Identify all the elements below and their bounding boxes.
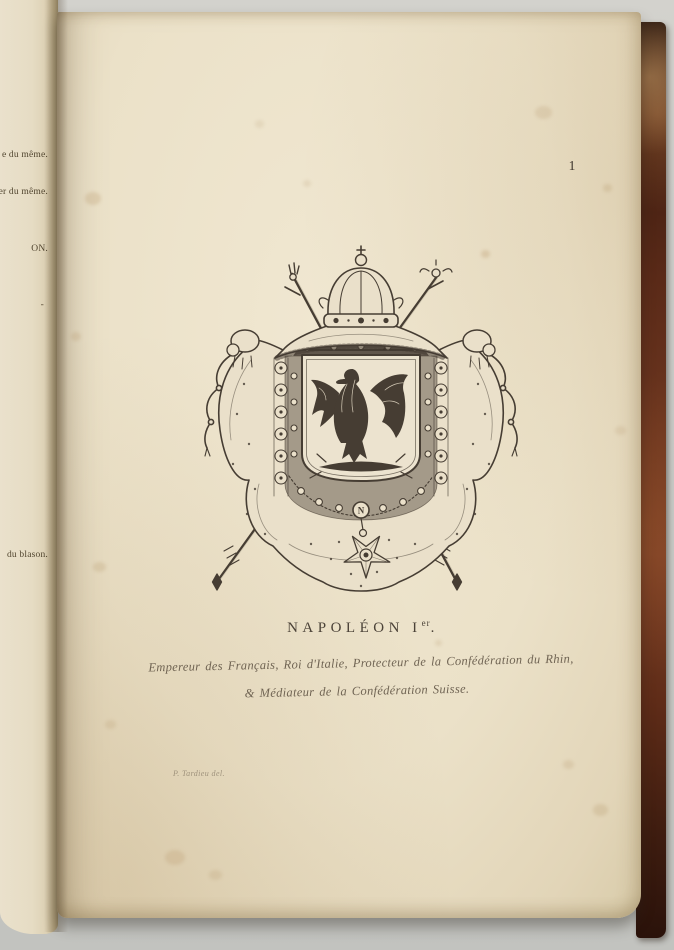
text-fragment: du blason. [7, 550, 48, 560]
foxing-spot [85, 192, 101, 205]
plate-caption-line1: Empereur des Français, Roi d'Italie, Pro… [69, 650, 653, 677]
previous-page-edge: e du même. ier du même. ON. - du blason. [0, 0, 58, 934]
foxing-spot [615, 426, 626, 435]
foxing-spot [593, 804, 608, 816]
text-fragment: ON. [31, 244, 48, 254]
foxing-spot [105, 720, 116, 729]
plate-page: 1 [57, 12, 641, 918]
foxing-spot [71, 332, 81, 341]
foxing-spot [563, 760, 574, 769]
n-medallion: N [353, 502, 369, 518]
page-number: 1 [555, 158, 589, 174]
plate-caption-line2: & Médiateur de la Confédération Suisse. [65, 678, 649, 705]
coat-of-arms-engraving: N [189, 244, 529, 610]
foxing-spot [303, 180, 311, 187]
book-photograph: e du même. ier du même. ON. - du blason.… [0, 0, 674, 950]
plate-title-text: NAPOLÉON I [287, 620, 422, 636]
foxing-spot [209, 870, 222, 880]
text-fragment: e du même. [2, 150, 48, 160]
text-fragment: - [41, 300, 44, 310]
foxing-spot [435, 640, 442, 646]
foxing-spot [603, 184, 612, 192]
foxing-spot [165, 850, 185, 865]
n-initial-glyph: N [358, 506, 365, 516]
text-fragment: ier du même. [0, 187, 48, 197]
plate-title-ordinal: er [422, 618, 431, 628]
plate-title-period: . [431, 620, 439, 636]
imperial-crown [319, 246, 403, 327]
foxing-spot [93, 562, 106, 572]
engraver-credit: P. Tardieu del. [173, 769, 225, 778]
plate-title: NAPOLÉON Ier. [71, 618, 655, 637]
foxing-spot [255, 120, 264, 128]
foxing-spot [535, 106, 552, 119]
